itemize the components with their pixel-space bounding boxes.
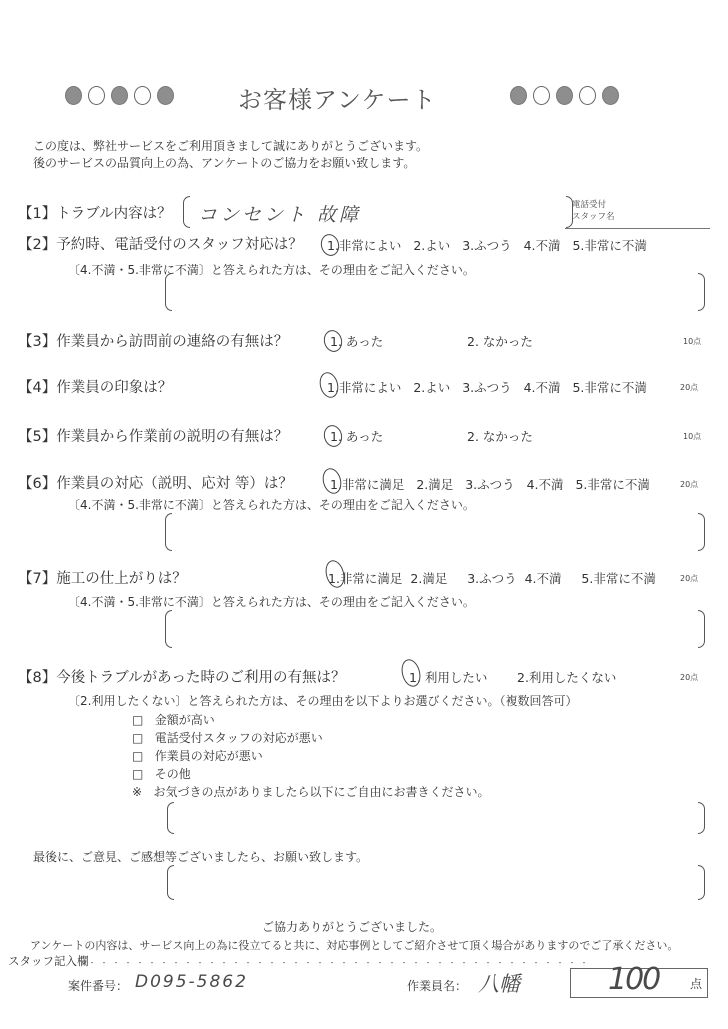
checkbox-item[interactable]: □ その他 [132,765,191,782]
final-comment-field[interactable] [167,865,705,900]
q3-points: 10点 [683,336,701,347]
empty-circle-icon [579,86,596,105]
staff-section-label: スタッフ記入欄 [8,954,89,968]
question-number: 【1】 [18,206,56,222]
q8-option-2[interactable]: 2.利用したくない [517,668,616,686]
q7-reason-field[interactable] [165,610,705,648]
page-title: お客様アンケート [238,80,437,115]
empty-circle-icon [134,86,151,105]
option[interactable]: 4.不満 [524,238,561,253]
q1-answer-value: コンセント 故障 [198,200,361,227]
q8-points: 20点 [680,672,698,683]
dotted-separator: ・・・・・・・・・・・・・・・・・・・・・・・・・・・・・・・・・・・・・・・・… [89,959,593,967]
checkbox-icon[interactable]: □ [132,731,143,745]
intro-text: この度は、弊社サービスをご利用頂きまして誠にありがとうございます。 後のサービス… [33,138,428,172]
note-mark-icon: ※ [132,785,142,799]
checkbox-icon[interactable]: □ [132,767,143,781]
checkbox-item[interactable]: □ 電話受付スタッフの対応が悪い [132,729,323,746]
checkbox-icon[interactable]: □ [132,749,143,763]
intro-line-2: 後のサービスの品質向上の為、アンケートのご協力をお願い致します。 [33,155,428,172]
question-text: トラブル内容は？ [56,206,171,222]
q5-points: 10点 [683,431,701,442]
q6-reason-field[interactable] [165,513,705,551]
q8-reason-prompt: 〔2.利用したくない〕と答えられた方は、その理由を以下よりお選びください。（複数… [68,692,577,709]
question-3: 【3】作業員から訪問前の連絡の有無は？ [18,330,288,351]
q7-reason-prompt: 〔4.不満・5.非常に不満〕と答えられた方は、その理由をご記入ください。 [68,593,475,610]
staff-section-row: スタッフ記入欄・・・・・・・・・・・・・・・・・・・・・・・・・・・・・・・・・… [8,953,593,969]
q4-options: 1.非常によい 2.よい 3.ふつう 4.不満 5.非常に不満 [327,378,647,396]
right-dots [510,86,619,105]
thanks-text: ご協力ありがとうございました。 [262,918,442,935]
filled-circle-icon [510,86,527,105]
q5-option-2[interactable]: 2. なかった [467,427,533,445]
question-6: 【6】作業員の対応（説明、応対 等）は？ [18,472,293,493]
score-value: 100 [608,962,659,997]
worker-name-value[interactable]: 八幡 [478,968,520,998]
case-number-label: 案件番号： [68,977,128,994]
filled-circle-icon [65,86,82,105]
notice-text: アンケートの内容は、サービス向上の為に役立てると共に、対応事例としてご紹介させて… [30,937,678,953]
filled-circle-icon [157,86,174,105]
left-dots [65,86,174,105]
empty-circle-icon [88,86,105,105]
q7-options: 1.非常に満足 2.満足 3.ふつう 4.不満 5.非常に不満 [328,569,656,587]
q6-points: 20点 [680,479,698,490]
question-1: 【1】トラブル内容は？ [18,202,172,223]
final-comment-prompt: 最後に、ご意見、ご感想等ございましたら、お願い致します。 [33,848,368,865]
option[interactable]: 2.よい [413,238,450,253]
question-8: 【8】今後トラブルがあった時のご利用の有無は？ [18,666,346,687]
phone-staff-label: 電話受付 スタッフ名 [572,199,615,223]
q2-reason-field[interactable] [165,273,705,311]
q2-options: 1.非常によい 2.よい 3.ふつう 4.不満 5.非常に不満 [327,236,647,254]
checkbox-icon[interactable]: □ [132,713,143,727]
q3-option-2[interactable]: 2. なかった [467,332,533,350]
q4-points: 20点 [680,382,698,393]
q7-points: 20点 [680,573,698,584]
q6-options: 1.非常に満足 2.満足 3.ふつう 4.不満 5.非常に不満 [330,475,650,493]
empty-circle-icon [533,86,550,105]
option[interactable]: 3.ふつう [462,238,511,253]
case-number-value[interactable]: D095-5862 [135,972,248,992]
filled-circle-icon [111,86,128,105]
filled-circle-icon [556,86,573,105]
q8-option-1[interactable]: 1. 利用したい [409,668,487,686]
question-2: 【2】予約時、電話受付のスタッフ対応は？ [18,233,303,254]
question-7: 【7】施工の仕上がりは？ [18,567,187,588]
note-line: ※ お気づきの点がありましたら以下にご自由にお書きください。 [132,783,490,800]
intro-line-1: この度は、弊社サービスをご利用頂きまして誠にありがとうございます。 [33,138,428,155]
score-unit: 点 [690,975,702,992]
q8-note-field[interactable] [167,802,705,834]
q6-reason-prompt: 〔4.不満・5.非常に不満〕と答えられた方は、その理由をご記入ください。 [68,496,475,513]
phone-staff-underline[interactable] [565,228,710,229]
question-4: 【4】作業員の印象は？ [18,376,172,397]
checkbox-item[interactable]: □ 金額が高い [132,711,215,728]
option[interactable]: 5.非常に不満 [572,238,646,253]
filled-circle-icon [602,86,619,105]
question-5: 【5】作業員から作業前の説明の有無は？ [18,425,288,446]
checkbox-item[interactable]: □ 作業員の対応が悪い [132,747,263,764]
worker-name-label: 作業員名： [407,977,467,994]
